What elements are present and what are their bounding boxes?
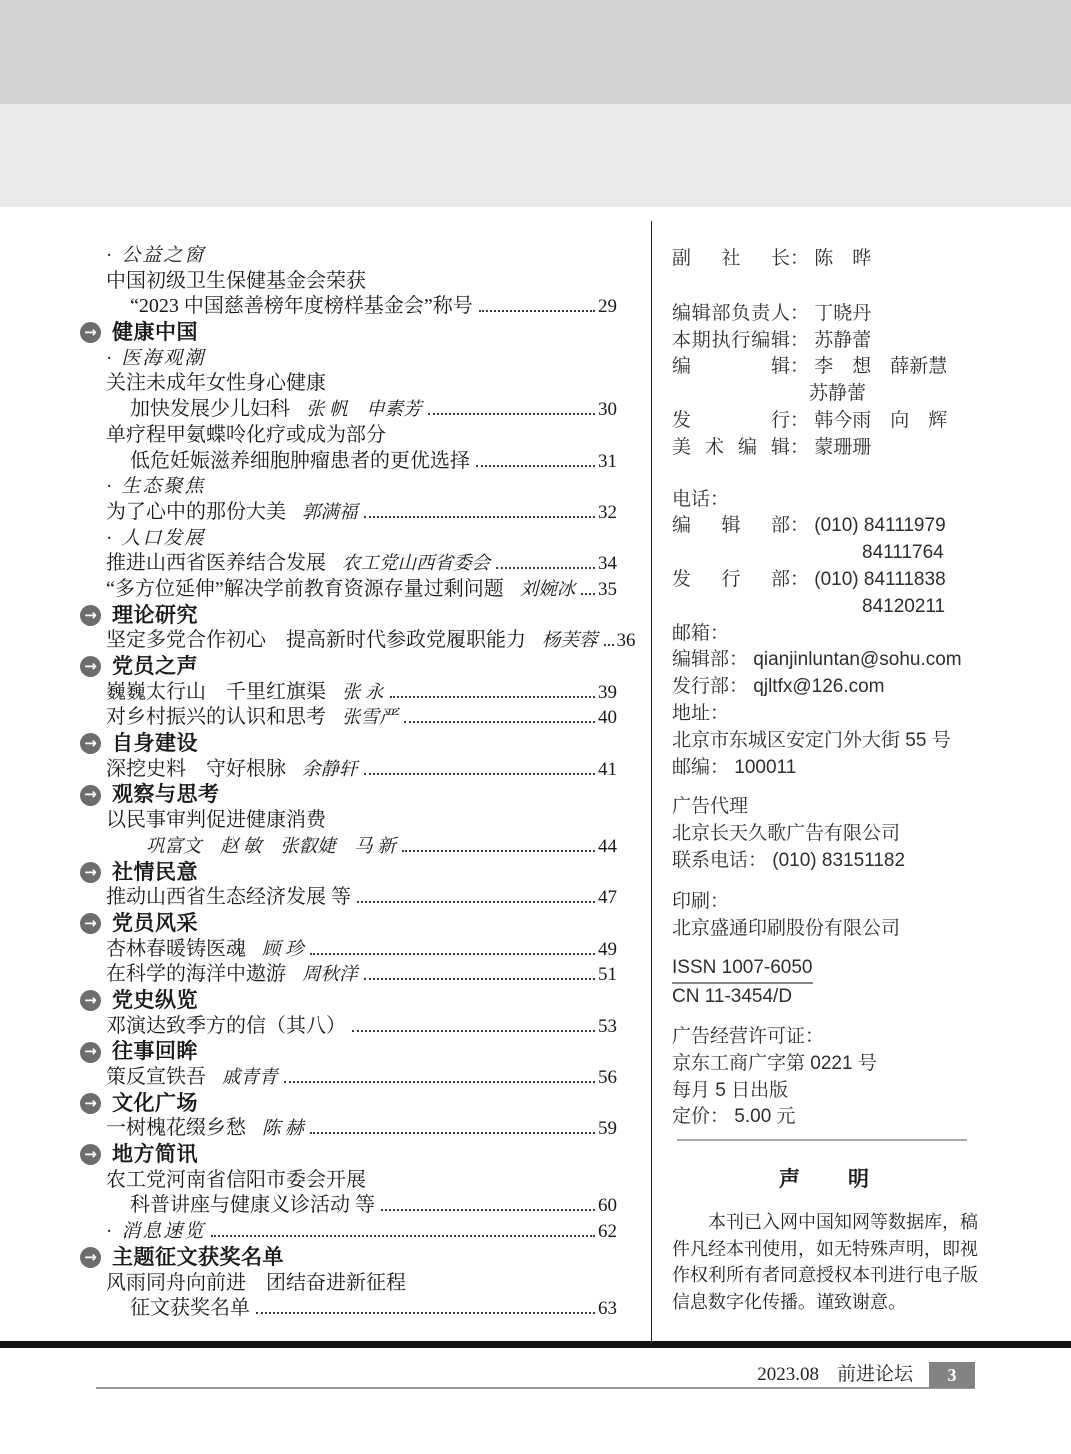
arrow-right-circle-icon: → xyxy=(80,733,101,754)
toc-row: →社情民意 xyxy=(80,860,617,886)
masthead-text: 印刷： xyxy=(672,891,729,912)
dot-leader xyxy=(496,567,595,569)
toc-section-title: 理论研究 xyxy=(112,603,198,629)
toc-article-authors: 郭满福 xyxy=(302,501,358,527)
issn-number: ISSN 1007-6050 xyxy=(672,955,813,984)
masthead-value: 陈 晔 xyxy=(814,248,871,269)
masthead-label: 编辑部 xyxy=(672,513,790,540)
masthead-value: (010) 84111838 xyxy=(814,569,945,590)
masthead-block: 电话：编辑部： (010) 8411197984111764发行部： (010)… xyxy=(672,487,982,782)
toc-article-authors: 陈 赫 xyxy=(262,1117,304,1143)
toc-article-authors: 余静轩 xyxy=(302,758,358,784)
dot-leader xyxy=(581,593,595,595)
magazine-toc-page: ·公益之窗中国初级卫生保健基金会荣获“2023 中国慈善榜年度榜样基金会”称号2… xyxy=(0,0,1071,1454)
masthead-line: 发行部： qjltfx@126.com xyxy=(672,674,982,701)
toc-row: “2023 中国慈善榜年度榜样基金会”称号29 xyxy=(80,294,617,320)
masthead-text: 邮编： 100011 xyxy=(672,757,796,778)
toc-row: →主题征文获奖名单 xyxy=(80,1245,617,1271)
toc-article-title: 邓演达致季方的信（其八） xyxy=(106,1014,346,1040)
masthead-line: 苏静蕾 xyxy=(672,381,982,408)
toc-page-number: 34 xyxy=(598,551,617,577)
toc-row: →往事回眸 xyxy=(80,1039,617,1065)
toc-page-number: 51 xyxy=(598,962,617,988)
arrow-right-circle-icon: → xyxy=(80,656,101,677)
toc-row: →党史纵览 xyxy=(80,988,617,1014)
masthead-block: 印刷：北京盛通印刷股份有限公司 xyxy=(672,889,982,943)
toc-row: 科普讲座与健康义诊活动 等60 xyxy=(80,1193,617,1219)
masthead-line: 北京长天久歌广告有限公司 xyxy=(672,821,982,848)
masthead-line: ISSN 1007-6050 xyxy=(672,955,982,984)
toc-page-number: 47 xyxy=(598,885,617,911)
page-footer: 2023.08 前进论坛 3 xyxy=(757,1362,975,1388)
toc-page-number: 49 xyxy=(598,937,617,963)
masthead-line: 84120211 xyxy=(672,594,982,621)
dot-leader xyxy=(364,978,595,980)
dot-leader xyxy=(604,644,614,646)
toc-row: →文化广场 xyxy=(80,1091,617,1117)
toc-section-title: 健康中国 xyxy=(112,320,198,346)
toc-row: “多方位延伸”解决学前教育资源存量过剩问题刘婉冰35 xyxy=(80,577,617,603)
toc-row: 杏林春暖铸医魂顾 珍49 xyxy=(80,937,617,963)
toc-row: 策反宣铁吾戚青青56 xyxy=(80,1065,617,1091)
bullet-dot-icon: · xyxy=(106,346,112,372)
toc-article-title: 科普讲座与健康义诊活动 等 xyxy=(130,1193,375,1219)
masthead-text: 编辑部： qianjinluntan@sohu.com xyxy=(672,649,962,670)
masthead-value: (010) 84111979 xyxy=(814,515,945,536)
arrow-right-circle-icon: → xyxy=(80,1144,101,1165)
toc-article-title: 一树槐花缀乡愁 xyxy=(106,1116,246,1142)
masthead-line: 北京市东城区安定门外大街 55 号 xyxy=(672,728,982,755)
masthead-text: CN 11-3454/D xyxy=(672,986,792,1007)
toc-page-number: 44 xyxy=(598,834,617,860)
masthead-line: 编辑部负责人： 丁晓丹 xyxy=(672,301,982,328)
toc-article-title: 在科学的海洋中遨游 xyxy=(106,962,286,988)
toc-article-title: 策反宣铁吾 xyxy=(106,1065,206,1091)
toc-row: ·医海观潮 xyxy=(80,346,617,372)
toc-row: →党员风采 xyxy=(80,911,617,937)
dot-leader xyxy=(428,413,595,415)
arrow-right-circle-icon: → xyxy=(80,605,101,626)
toc-article-authors: 杨芙蓉 xyxy=(542,629,598,655)
toc-row: 推动山西省生态经济发展 等47 xyxy=(80,885,617,911)
toc-row: →观察与思考 xyxy=(80,782,617,808)
bullet-dot-icon: · xyxy=(106,474,112,500)
toc-subsection-title: 公益之窗 xyxy=(121,243,205,269)
toc-row: 中国初级卫生保健基金会荣获 xyxy=(80,269,617,295)
masthead-block: 广告经营许可证：京东工商广字第 0221 号每月 5 日出版定价： 5.00 元 xyxy=(672,1024,982,1131)
header-band-light xyxy=(0,104,1071,207)
header-band-dark xyxy=(0,0,1071,104)
arrow-right-circle-icon: → xyxy=(80,1042,101,1063)
masthead-colon: ： xyxy=(790,248,814,269)
masthead-line: 地址： xyxy=(672,701,982,728)
dot-leader xyxy=(479,310,595,312)
masthead-text: 北京盛通印刷股份有限公司 xyxy=(672,918,900,939)
toc-page-number: 60 xyxy=(598,1193,617,1219)
toc-article-title: 巍巍太行山 千里红旗渠 xyxy=(106,680,326,706)
toc-page-number: 63 xyxy=(598,1296,617,1322)
toc-page-number: 59 xyxy=(598,1116,617,1142)
toc-article-title: 农工党河南省信阳市委会开展 xyxy=(106,1168,366,1194)
toc-article-title: 对乡村振兴的认识和思考 xyxy=(106,705,326,731)
masthead-line: 副社长： 陈 晔 xyxy=(672,246,982,273)
masthead-colon: ： xyxy=(790,569,814,590)
masthead-line: 编辑： 李 想 薛新慧 xyxy=(672,354,982,381)
toc-page-number: 40 xyxy=(598,705,617,731)
toc-row: →理论研究 xyxy=(80,603,617,629)
masthead-line: 每月 5 日出版 xyxy=(672,1078,982,1105)
toc-section-title: 党史纵览 xyxy=(112,988,198,1014)
toc-section-title: 社情民意 xyxy=(112,860,198,886)
toc-article-title: 推进山西省医养结合发展 xyxy=(106,551,326,577)
toc-section-title: 自身建设 xyxy=(112,731,198,757)
dot-leader xyxy=(390,696,595,698)
masthead-text: 联系电话： (010) 83151182 xyxy=(672,850,905,871)
masthead-value: 苏静蕾 xyxy=(809,383,866,404)
masthead-line: 发行： 韩今雨 向 辉 xyxy=(672,408,982,435)
toc-row: 一树槐花缀乡愁陈 赫59 xyxy=(80,1116,617,1142)
masthead-line: CN 11-3454/D xyxy=(672,984,982,1011)
dot-leader xyxy=(381,1209,595,1211)
toc-row: 农工党河南省信阳市委会开展 xyxy=(80,1168,617,1194)
toc-page-number: 41 xyxy=(598,757,617,783)
toc-page-number: 29 xyxy=(598,294,617,320)
toc-article-title: 杏林春暖铸医魂 xyxy=(106,937,246,963)
bottom-rule xyxy=(0,1341,1071,1348)
toc-row: →党员之声 xyxy=(80,654,617,680)
page-number-badge: 3 xyxy=(929,1362,975,1388)
toc-article-authors: 顾 珍 xyxy=(262,938,304,964)
toc-subsection-title: 生态聚焦 xyxy=(121,474,205,500)
masthead-value: 李 想 薛新慧 xyxy=(814,356,947,377)
masthead-text: 每月 5 日出版 xyxy=(672,1080,788,1101)
toc-article-title: “2023 中国慈善榜年度榜样基金会”称号 xyxy=(130,294,473,320)
masthead-value: 84120211 xyxy=(862,596,945,617)
toc-row: 推进山西省医养结合发展农工党山西省委会34 xyxy=(80,551,617,577)
toc-subsection-title: 消息速览 xyxy=(121,1219,205,1245)
footer-journal-title: 前进论坛 xyxy=(837,1359,913,1388)
masthead-line: 京东工商广字第 0221 号 xyxy=(672,1051,982,1078)
column-divider xyxy=(651,221,652,1341)
bullet-dot-icon: · xyxy=(106,243,112,269)
masthead-line: 印刷： xyxy=(672,889,982,916)
toc-section-title: 文化广场 xyxy=(112,1091,198,1117)
masthead-label: 发行 xyxy=(672,408,790,435)
toc-page-number: 35 xyxy=(598,577,617,603)
masthead-line: 定价： 5.00 元 xyxy=(672,1104,982,1131)
arrow-right-circle-icon: → xyxy=(80,322,101,343)
toc-article-title: 中国初级卫生保健基金会荣获 xyxy=(106,269,366,295)
toc-article-title: 加快发展少儿妇科 xyxy=(130,397,290,423)
toc-row: 深挖史料 守好根脉余静轩41 xyxy=(80,757,617,783)
toc-article-title: 低危妊娠滋养细胞肿瘤患者的更优选择 xyxy=(130,449,470,475)
toc-subsection-title: 人口发展 xyxy=(121,526,205,552)
toc-section-title: 党员之声 xyxy=(112,654,198,680)
masthead-value: 84111764 xyxy=(862,542,944,563)
dot-leader xyxy=(364,773,595,775)
toc-row: 巍巍太行山 千里红旗渠张 永39 xyxy=(80,680,617,706)
toc-page-number: 62 xyxy=(598,1219,617,1245)
toc-row: →自身建设 xyxy=(80,731,617,757)
toc-row: 为了心中的那份大美郭满福32 xyxy=(80,500,617,526)
toc-article-title: 推动山西省生态经济发展 等 xyxy=(106,885,351,911)
masthead-line: 发行部： (010) 84111838 xyxy=(672,567,982,594)
dot-leader xyxy=(364,516,595,518)
table-of-contents: ·公益之窗中国初级卫生保健基金会荣获“2023 中国慈善榜年度榜样基金会”称号2… xyxy=(80,243,617,1322)
toc-article-title: “多方位延伸”解决学前教育资源存量过剩问题 xyxy=(106,577,504,603)
toc-section-title: 主题征文获奖名单 xyxy=(112,1245,284,1271)
masthead-block: 广告代理北京长天久歌广告有限公司联系电话： (010) 83151182 xyxy=(672,794,982,874)
toc-article-authors: 巩富文 赵 敏 张叡婕 马 新 xyxy=(146,835,396,861)
toc-row: 征文获奖名单63 xyxy=(80,1296,617,1322)
toc-article-title: 深挖史料 守好根脉 xyxy=(106,757,286,783)
toc-section-title: 地方简讯 xyxy=(112,1142,198,1168)
toc-page-number: 53 xyxy=(598,1014,617,1040)
masthead-line: 邮编： 100011 xyxy=(672,755,982,782)
masthead-text: 广告经营许可证： xyxy=(672,1026,824,1047)
toc-row: 关注未成年女性身心健康 xyxy=(80,371,617,397)
toc-row: →地方简讯 xyxy=(80,1142,617,1168)
masthead-text: 邮箱： xyxy=(672,623,729,644)
masthead-value: 丁晓丹 xyxy=(814,303,871,324)
masthead-text: 广告代理 xyxy=(672,796,748,817)
masthead-line: 本期执行编辑： 苏静蕾 xyxy=(672,328,982,355)
masthead-colon: ： xyxy=(790,303,814,324)
toc-page-number: 31 xyxy=(598,449,617,475)
dot-leader xyxy=(310,1132,595,1134)
toc-article-authors: 张 永 xyxy=(342,681,384,707)
toc-article-authors: 张雪严 xyxy=(342,706,398,732)
toc-row: 风雨同舟向前进 团结奋进新征程 xyxy=(80,1271,617,1297)
masthead-colon: ： xyxy=(790,330,814,351)
toc-article-authors: 周秋洋 xyxy=(302,963,358,989)
toc-page-number: 56 xyxy=(598,1065,617,1091)
arrow-right-circle-icon: → xyxy=(80,990,101,1011)
masthead-line: 北京盛通印刷股份有限公司 xyxy=(672,916,982,943)
dot-leader xyxy=(402,850,595,852)
toc-page-number: 32 xyxy=(598,500,617,526)
toc-article-title: 风雨同舟向前进 团结奋进新征程 xyxy=(106,1271,406,1297)
masthead-line: 84111764 xyxy=(672,540,982,567)
masthead-text: 北京长天久歌广告有限公司 xyxy=(672,823,900,844)
arrow-right-circle-icon: → xyxy=(80,1247,101,1268)
toc-article-title: 为了心中的那份大美 xyxy=(106,500,286,526)
masthead-label: 美术编辑 xyxy=(672,435,790,462)
masthead-line: 编辑部： (010) 84111979 xyxy=(672,513,982,540)
dot-leader xyxy=(256,1312,595,1314)
arrow-right-circle-icon: → xyxy=(80,1093,101,1114)
toc-article-title: 关注未成年女性身心健康 xyxy=(106,371,326,397)
toc-page-number: 39 xyxy=(598,680,617,706)
toc-row: →健康中国 xyxy=(80,320,617,346)
toc-page-number: 30 xyxy=(598,397,617,423)
statement-separator xyxy=(677,1139,967,1141)
dot-leader xyxy=(404,721,595,723)
masthead-column: 副社长： 陈 晔编辑部负责人： 丁晓丹本期执行编辑： 苏静蕾编辑： 李 想 薛新… xyxy=(672,246,982,1131)
statement-body: 本刊已入网中国知网等数据库，稿件凡经本刊使用，如无特殊声明，即视作权利所有者同意… xyxy=(672,1209,978,1315)
masthead-text: 京东工商广字第 0221 号 xyxy=(672,1053,877,1074)
dot-leader xyxy=(476,465,595,467)
dot-leader xyxy=(310,953,595,955)
masthead-text: 定价： 5.00 元 xyxy=(672,1106,796,1127)
masthead-colon: ： xyxy=(790,515,814,536)
toc-row: 低危妊娠滋养细胞肿瘤患者的更优选择31 xyxy=(80,449,617,475)
masthead-block: 副社长： 陈 晔 xyxy=(672,246,982,273)
toc-row: 在科学的海洋中遨游周秋洋51 xyxy=(80,962,617,988)
toc-section-title: 党员风采 xyxy=(112,911,198,937)
toc-row: 对乡村振兴的认识和思考张雪严40 xyxy=(80,705,617,731)
toc-row: ·人口发展 xyxy=(80,526,617,552)
masthead-line: 广告代理 xyxy=(672,794,982,821)
toc-row: ·公益之窗 xyxy=(80,243,617,269)
masthead-text: 地址： xyxy=(672,703,729,724)
toc-section-title: 观察与思考 xyxy=(112,782,220,808)
footer-issue: 2023.08 xyxy=(757,1364,819,1388)
toc-article-title: 坚定多党合作初心 提高新时代参政党履职能力 xyxy=(106,628,526,654)
toc-row: ·消息速览62 xyxy=(80,1219,617,1245)
masthead-value: 韩今雨 向 辉 xyxy=(814,410,947,431)
masthead-line: 邮箱： xyxy=(672,621,982,648)
dot-leader xyxy=(284,1081,595,1083)
toc-row: 坚定多党合作初心 提高新时代参政党履职能力杨芙蓉36 xyxy=(80,628,617,654)
toc-article-title: 征文获奖名单 xyxy=(130,1296,250,1322)
masthead-label: 发行部 xyxy=(672,567,790,594)
toc-row: 单疗程甲氨蝶呤化疗或成为部分 xyxy=(80,423,617,449)
toc-article-title: 以民事审判促进健康消费 xyxy=(106,808,326,834)
masthead-value: 苏静蕾 xyxy=(814,330,871,351)
masthead-colon: ： xyxy=(790,410,814,431)
masthead-block: 编辑部负责人： 丁晓丹本期执行编辑： 苏静蕾编辑： 李 想 薛新慧苏静蕾发行： … xyxy=(672,301,982,462)
toc-row: 以民事审判促进健康消费 xyxy=(80,808,617,834)
toc-row: 邓演达致季方的信（其八）53 xyxy=(80,1014,617,1040)
masthead-text: 发行部： qjltfx@126.com xyxy=(672,676,885,697)
masthead-label: 编辑部负责人 xyxy=(672,301,790,328)
dot-leader xyxy=(352,1030,595,1032)
masthead-line: 编辑部： qianjinluntan@sohu.com xyxy=(672,647,982,674)
bullet-dot-icon: · xyxy=(106,1219,112,1245)
toc-subsection-title: 医海观潮 xyxy=(121,346,205,372)
toc-article-authors: 戚青青 xyxy=(222,1066,278,1092)
arrow-right-circle-icon: → xyxy=(80,913,101,934)
toc-row: ·生态聚焦 xyxy=(80,474,617,500)
toc-article-authors: 张 帆 申素芳 xyxy=(306,398,422,424)
masthead-label: 本期执行编辑 xyxy=(672,328,790,355)
masthead-colon: ： xyxy=(790,437,814,458)
toc-section-title: 往事回眸 xyxy=(112,1039,198,1065)
toc-article-title: 单疗程甲氨蝶呤化疗或成为部分 xyxy=(106,423,386,449)
arrow-right-circle-icon: → xyxy=(80,862,101,883)
masthead-line: 联系电话： (010) 83151182 xyxy=(672,848,982,875)
masthead-colon: ： xyxy=(790,356,814,377)
arrow-right-circle-icon: → xyxy=(80,785,101,806)
masthead-label: 编辑 xyxy=(672,354,790,381)
masthead-block: ISSN 1007-6050CN 11-3454/D xyxy=(672,955,982,1011)
masthead-text: 电话： xyxy=(672,489,729,510)
statement-box: 声 明 本刊已入网中国知网等数据库，稿件凡经本刊使用，如无特殊声明，即视作权利所… xyxy=(672,1163,978,1315)
masthead-line: 电话： xyxy=(672,487,982,514)
masthead-line: 广告经营许可证： xyxy=(672,1024,982,1051)
dot-leader xyxy=(211,1235,595,1237)
statement-title: 声 明 xyxy=(672,1163,978,1193)
masthead-text: 北京市东城区安定门外大街 55 号 xyxy=(672,730,951,751)
toc-article-authors: 农工党山西省委会 xyxy=(342,552,490,578)
toc-page-number: 36 xyxy=(617,628,636,654)
toc-article-authors: 刘婉冰 xyxy=(520,578,576,604)
bullet-dot-icon: · xyxy=(106,526,112,552)
toc-row: 加快发展少儿妇科张 帆 申素芳30 xyxy=(80,397,617,423)
masthead-value: 蒙珊珊 xyxy=(814,437,871,458)
toc-row: 巩富文 赵 敏 张叡婕 马 新44 xyxy=(80,834,617,860)
dot-leader xyxy=(357,901,595,903)
masthead-line: 美术编辑： 蒙珊珊 xyxy=(672,435,982,462)
masthead-label: 副社长 xyxy=(672,246,790,273)
